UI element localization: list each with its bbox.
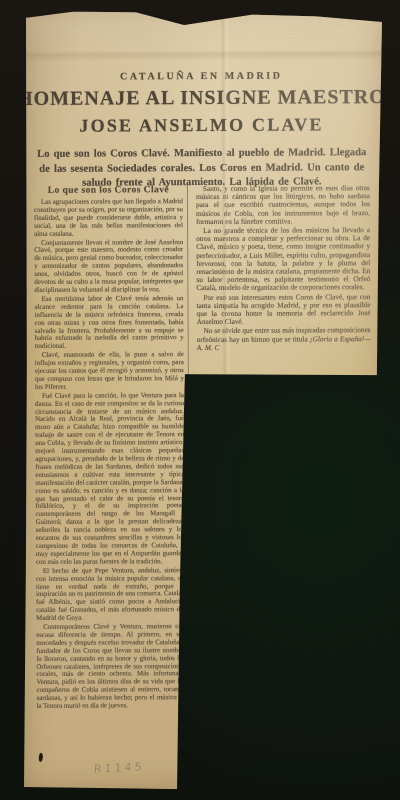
right-column-paragraph: Por eso son interesantes estos Coros de …: [196, 293, 370, 327]
article-headline-line2: JOSE ANSELMO CLAVE: [17, 114, 387, 137]
left-column-heading: Lo que son los Coros Clavé: [34, 184, 183, 196]
pencil-reference-note: R1145: [94, 760, 145, 776]
article-headline-line1: HOMENAJE AL INSIGNE MAESTRO: [16, 86, 386, 111]
left-column-paragraph: Las agrupaciones corales que han llegado…: [34, 198, 183, 238]
right-column-final-paragraph: No se olvide que entre sus más inspirada…: [197, 327, 371, 353]
left-column-paragraph: Esa meritísima labor de Clavé tenía adem…: [34, 295, 183, 351]
left-column-paragraph: El hecho de que Pepe Ventura, andaluz, s…: [36, 567, 185, 623]
right-column-paragraph: Santo, y como la Iglesia no permite en e…: [196, 184, 370, 226]
column-rule: [187, 184, 191, 734]
left-column-paragraph: Contemporáneos Clavé y Ventura, murieron…: [36, 623, 185, 711]
right-column-paragraph: La no grande técnica de los dos músicos …: [196, 226, 370, 293]
left-column-paragraph: Clavé, enamorado de ella, la puso a salv…: [35, 351, 184, 391]
scan-background: CATALUÑA EN MADRID HOMENAJE AL INSIGNE M…: [0, 0, 400, 800]
article-kicker: CATALUÑA EN MADRID: [16, 70, 386, 83]
left-column-paragraph: Conjuntamente llevan el nombre de José A…: [34, 239, 183, 295]
article-column-left: Lo que son los Coros Clavé Las agrupacio…: [34, 184, 186, 742]
left-column-paragraph: Fué Clavé para la canción, lo que Ventur…: [35, 392, 185, 567]
article-column-right: Santo, y como la Iglesia no permite en e…: [196, 184, 371, 373]
newspaper-clipping: CATALUÑA EN MADRID HOMENAJE AL INSIGNE M…: [16, 7, 390, 795]
paper-tear-mark: [38, 753, 43, 762]
